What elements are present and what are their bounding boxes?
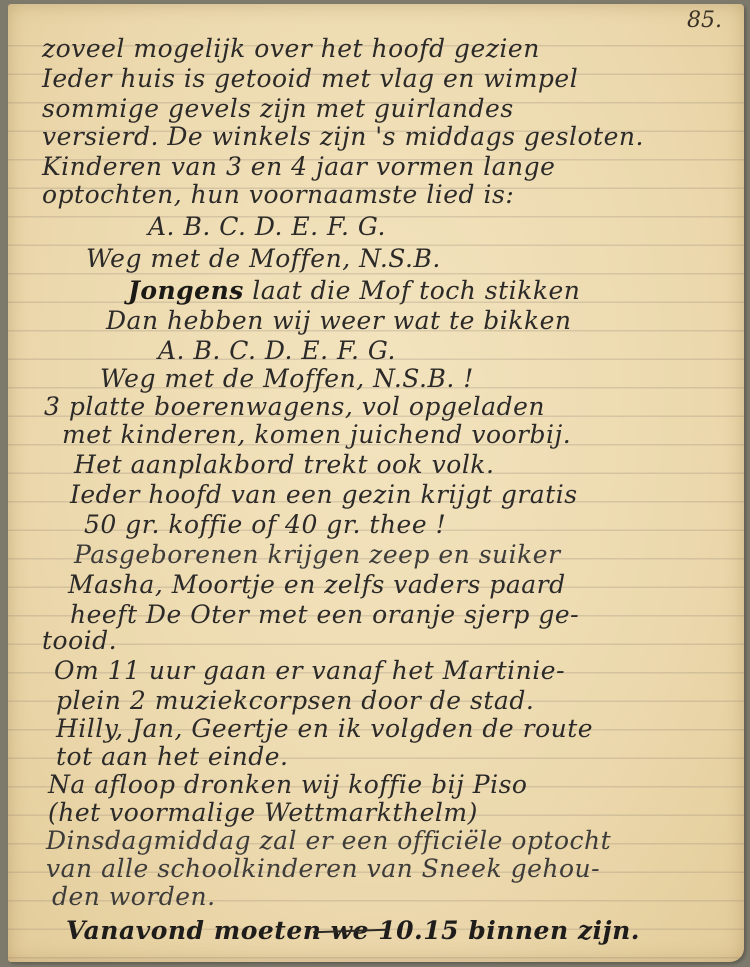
song-line: Jongens laat die Mof toch stikken bbox=[128, 276, 580, 305]
text-line: Pasgeborenen krijgen zeep en suiker bbox=[74, 540, 561, 569]
text-line: Dinsdagmiddag zal er een officiële optoc… bbox=[46, 826, 611, 855]
text-line: sommige gevels zijn met guirlandes bbox=[42, 94, 514, 123]
song-line: A. B. C. D. E. F. G. bbox=[148, 212, 386, 241]
song-line-text: laat die Mof toch stikken bbox=[244, 276, 581, 305]
text-line: Na afloop dronken wij koffie bij Piso bbox=[48, 770, 527, 799]
text-line: Om 11 uur gaan er vanaf het Martinie- bbox=[54, 656, 565, 685]
song-line: Weg met de Moffen, N.S.B. bbox=[86, 244, 441, 273]
overwritten-word: Jongens bbox=[128, 276, 244, 305]
text-line: Het aanplakbord trekt ook volk. bbox=[74, 450, 494, 479]
text-line: 50 gr. koffie of 40 gr. thee ! bbox=[84, 510, 446, 539]
text-line: heeft De Oter met een oranje sjerp ge- bbox=[70, 600, 579, 629]
page-number: 85. bbox=[687, 8, 722, 33]
text-line: Hilly, Jan, Geertje en ik volgden de rou… bbox=[56, 714, 593, 743]
text-line: Ieder huis is getooid met vlag en wimpel bbox=[42, 64, 578, 93]
text-line: met kinderen, komen juichend voorbij. bbox=[62, 420, 571, 449]
text-line: Masha, Moortje en zelfs vaders paard bbox=[68, 570, 566, 599]
text-line: van alle schoolkinderen van Sneek gehou- bbox=[46, 854, 600, 883]
text-line: tot aan het einde. bbox=[56, 742, 288, 771]
song-line: Weg met de Moffen, N.S.B. ! bbox=[100, 364, 474, 393]
text-line: Ieder hoofd van een gezin krijgt gratis bbox=[70, 480, 578, 509]
text-line: Kinderen van 3 en 4 jaar vormen lange bbox=[42, 152, 555, 181]
text-line: 3 platte boerenwagens, vol opgeladen bbox=[44, 392, 545, 421]
text-line: versierd. De winkels zijn 's middags ges… bbox=[42, 122, 644, 151]
text-line: zoveel mogelijk over het hoofd gezien bbox=[42, 34, 540, 63]
text-line: optochten, hun voornaamste lied is: bbox=[42, 180, 514, 209]
diary-page: 85. zoveel mogelijk over het hoofd gezie… bbox=[8, 4, 744, 962]
text-line: plein 2 muziekcorpsen door de stad. bbox=[56, 686, 534, 715]
text-line: tooid. bbox=[42, 626, 117, 655]
text-line: (het voormalige Wettmarkthelm) bbox=[48, 798, 478, 827]
song-line: A. B. C. D. E. F. G. bbox=[158, 336, 396, 365]
song-line: Dan hebben wij weer wat te bikken bbox=[106, 306, 572, 335]
text-line: den worden. bbox=[52, 882, 216, 911]
